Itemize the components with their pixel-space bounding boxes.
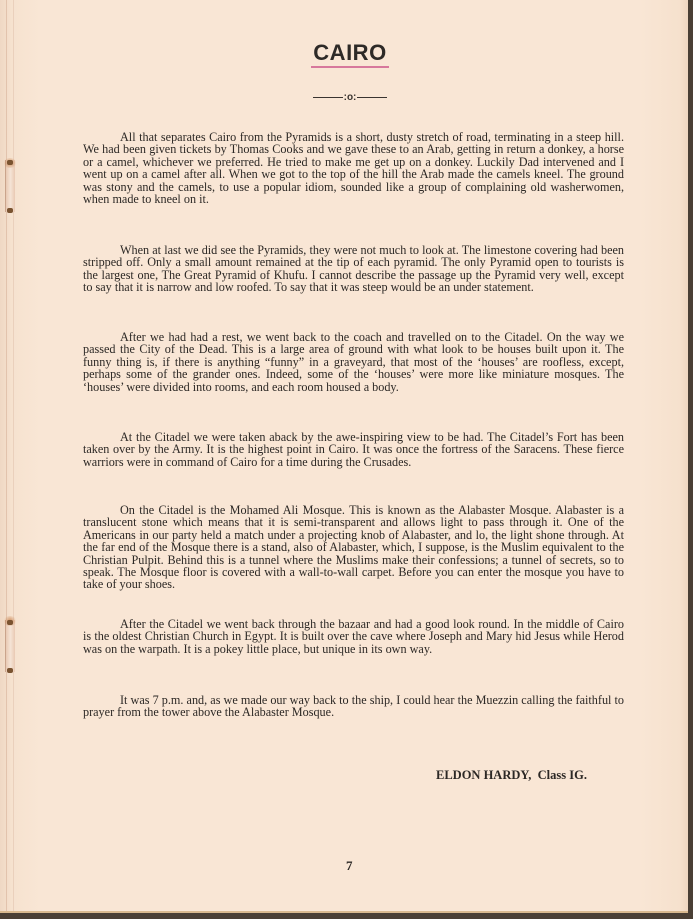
paragraph-text: After we had had a rest, we went back to… xyxy=(83,331,624,393)
staple-top-end-icon xyxy=(7,160,13,165)
author-signature: ELDON HARDY, Class IG. xyxy=(436,768,587,783)
paragraph-text: On the Citadel is the Mohamed Ali Mosque… xyxy=(83,504,624,591)
paragraph-2: When at last we did see the Pyramids, th… xyxy=(83,244,624,294)
paragraph-1: All that separates Cairo from the Pyrami… xyxy=(83,131,624,205)
divider-ornament: :o: xyxy=(344,92,357,103)
paragraph-5: On the Citadel is the Mohamed Ali Mosque… xyxy=(83,504,624,591)
paragraph-4: At the Citadel we were taken aback by th… xyxy=(83,431,624,468)
staple-bottom-end-icon xyxy=(7,668,13,673)
binding-fold-line-inner xyxy=(13,0,14,911)
paragraph-text: At the Citadel we were taken aback by th… xyxy=(83,431,624,468)
section-divider: :o: xyxy=(0,92,693,103)
paragraph-text: After the Citadel we went back through t… xyxy=(83,618,624,655)
paragraph-6: After the Citadel we went back through t… xyxy=(83,618,624,655)
staple-bottom-end-icon xyxy=(7,620,13,625)
divider-rule-right xyxy=(357,97,387,98)
page-title-text: CAIRO xyxy=(311,41,388,68)
divider-rule-left xyxy=(313,97,343,98)
paragraph-text: All that separates Cairo from the Pyrami… xyxy=(83,131,624,205)
binding-fold-line xyxy=(6,0,7,911)
paragraph-3: After we had had a rest, we went back to… xyxy=(83,331,624,393)
page-title: CAIRO xyxy=(0,40,693,68)
paragraph-text: When at last we did see the Pyramids, th… xyxy=(83,244,624,294)
staple-top-end-icon xyxy=(7,208,13,213)
staple-bottom xyxy=(5,620,15,672)
page-number: 7 xyxy=(346,858,353,874)
document-page: CAIRO :o: All that separates Cairo from … xyxy=(0,0,688,911)
paragraph-text: It was 7 p.m. and, as we made our way ba… xyxy=(83,694,624,719)
paragraph-7: It was 7 p.m. and, as we made our way ba… xyxy=(83,694,624,719)
